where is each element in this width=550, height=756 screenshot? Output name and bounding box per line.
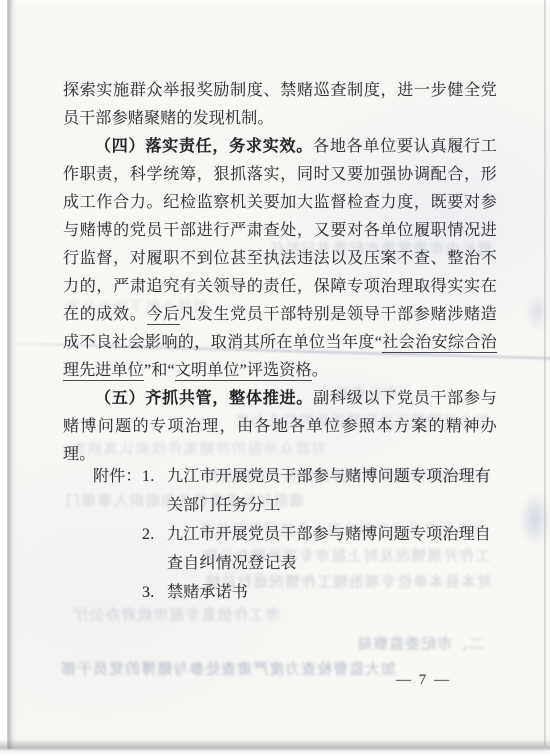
- underlined-phrase: 文明单位”评选资格: [175, 362, 312, 381]
- scan-edge-bottom: [0, 739, 550, 756]
- paragraph-text: ”和“: [144, 362, 175, 379]
- paragraph-text: 各地各单位要认真履行工作职责，科学统筹，狠抓落实，同时又要加强协调配合，形成工作…: [63, 138, 497, 323]
- paragraph-text: 探索实施群众举报奖励制度、禁赌巡查制度，进一步健全党员干部参赌聚赌的发现机制。: [63, 82, 497, 127]
- attachment-number: 1.: [142, 462, 167, 491]
- document-body: 探索实施群众举报奖励制度、禁赌巡查制度，进一步健全党员干部参赌聚赌的发现机制。 …: [63, 77, 497, 469]
- scan-edge-right: [544, 0, 546, 746]
- attachment-title: 九江市开展党员干部参与赌博问题专项治理自查自纠情况登记表: [167, 520, 497, 578]
- attachment-item: 附件： 1. 九江市开展党员干部参与赌博问题专项治理有关部门任务分工: [93, 462, 497, 520]
- underlined-phrase: 今后: [147, 306, 180, 325]
- paragraph-text: 。: [312, 362, 328, 379]
- bleedthrough-text: 加大监督检查力度严肃查处参与赌博的党员干部: [60, 658, 396, 679]
- body-paragraph-item-4: （四）落实责任，务求实效。各地各单位要认真履行工作职责，科学统筹，狠抓落实，同时…: [63, 133, 497, 385]
- attachment-number: 3.: [142, 578, 167, 607]
- attachment-title: 九江市开展党员干部参与赌博问题专项治理有关部门任务分工: [167, 462, 497, 520]
- body-paragraph-item-5: （五）齐抓共管，整体推进。副科级以下党员干部参与赌博问题的专项治理，由各地各单位…: [63, 385, 497, 469]
- attachment-title: 禁赌承诺书: [167, 578, 497, 607]
- section-heading-5: （五）齐抓共管，整体推进。: [95, 390, 313, 407]
- scanned-document-page: 组长由市委常委市纪委书记担任 领导小组下设办公室 一、市公安局 加大对赌博违法犯…: [0, 0, 550, 756]
- scan-edge-top: [0, 0, 550, 10]
- attachments-list: 附件： 1. 九江市开展党员干部参与赌博问题专项治理有关部门任务分工 2. 九江…: [93, 462, 497, 607]
- attachment-item: 2. 九江市开展党员干部参与赌博问题专项治理自查自纠情况登记表: [142, 520, 497, 578]
- attachment-number: 2.: [142, 520, 167, 549]
- attachments-label: 附件：: [93, 462, 142, 491]
- attachment-item: 3. 禁赌承诺书: [142, 578, 497, 607]
- section-heading-4: （四）落实责任，务求实效。: [95, 138, 313, 155]
- bleedthrough-text: 市工作信息专报市政府办公厅: [72, 604, 280, 625]
- scan-edge-left: [0, 0, 17, 750]
- body-paragraph-continued: 探索实施群众举报奖励制度、禁赌巡查制度，进一步健全党员干部参赌聚赌的发现机制。: [63, 77, 497, 133]
- bleedthrough-text: 二、市纪委监察局: [356, 633, 484, 654]
- page-number: — 7 —: [396, 672, 451, 689]
